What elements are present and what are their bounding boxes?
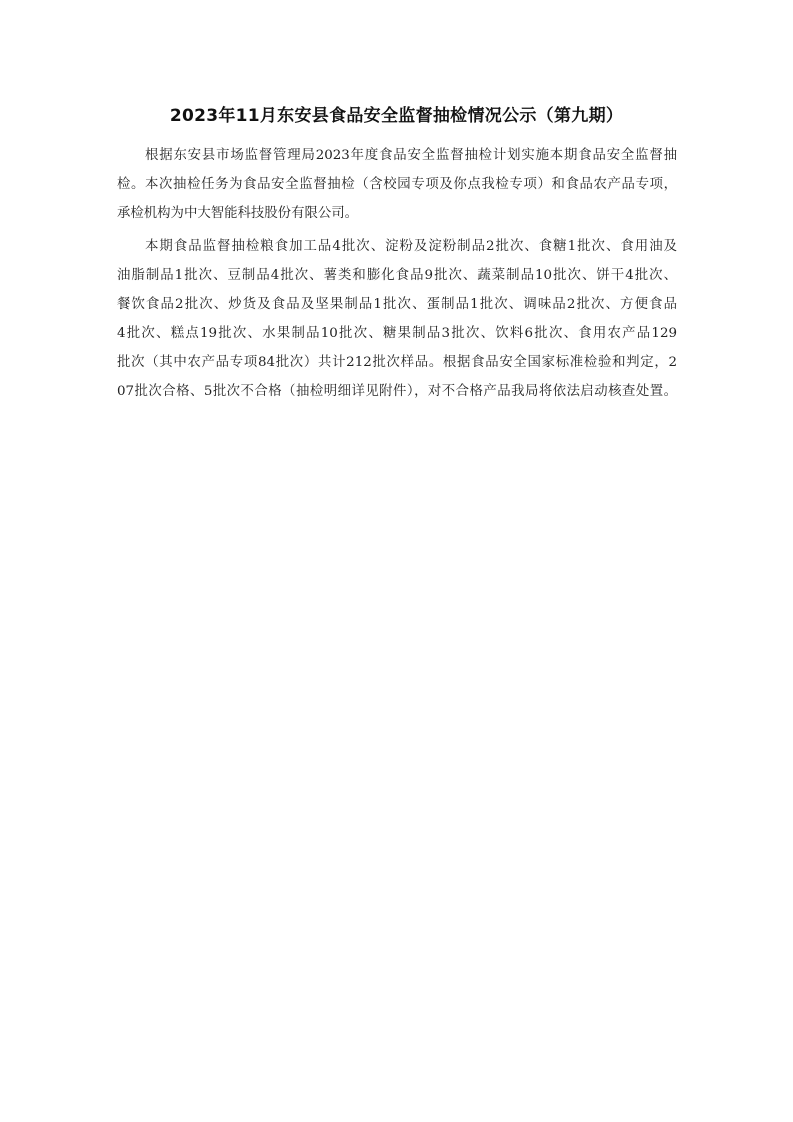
paragraph-results: 本期食品监督抽检粮食加工品4批次、淀粉及淀粉制品2批次、食糖1批次、食用油及 油… [117, 232, 677, 406]
document-title: 2023年11月东安县食品安全监督抽检情况公示（第九期） [0, 104, 793, 128]
paragraph-line: 07批次合格、5批次不合格（抽检明细详见附件），对不合格产品我局将依法启动核查处… [117, 377, 677, 406]
document-page: 2023年11月东安县食品安全监督抽检情况公示（第九期） 根据东安县市场监督管理… [0, 0, 793, 1122]
paragraph-line: 检。本次抽检任务为食品安全监督抽检（含校园专项及你点我检专项）和食品农产品专项， [117, 170, 677, 199]
paragraph-line: 本期食品监督抽检粮食加工品4批次、淀粉及淀粉制品2批次、食糖1批次、食用油及 [117, 232, 677, 261]
paragraph-line: 根据东安县市场监督管理局2023年度食品安全监督抽检计划实施本期食品安全监督抽 [117, 141, 677, 170]
paragraph-line: 4批次、糕点19批次、水果制品10批次、糖果制品3批次、饮料6批次、食用农产品1… [117, 319, 677, 348]
paragraph-line: 批次（其中农产品专项84批次）共计212批次样品。根据食品安全国家标准检验和判定… [117, 348, 677, 377]
paragraph-line: 油脂制品1批次、豆制品4批次、薯类和膨化食品9批次、蔬菜制品10批次、饼干4批次… [117, 261, 677, 290]
paragraph-line: 餐饮食品2批次、炒货及食品及坚果制品1批次、蛋制品1批次、调味品2批次、方便食品 [117, 290, 677, 319]
paragraph-line: 承检机构为中大智能科技股份有限公司。 [117, 199, 677, 228]
paragraph-intro: 根据东安县市场监督管理局2023年度食品安全监督抽检计划实施本期食品安全监督抽 … [117, 141, 677, 228]
